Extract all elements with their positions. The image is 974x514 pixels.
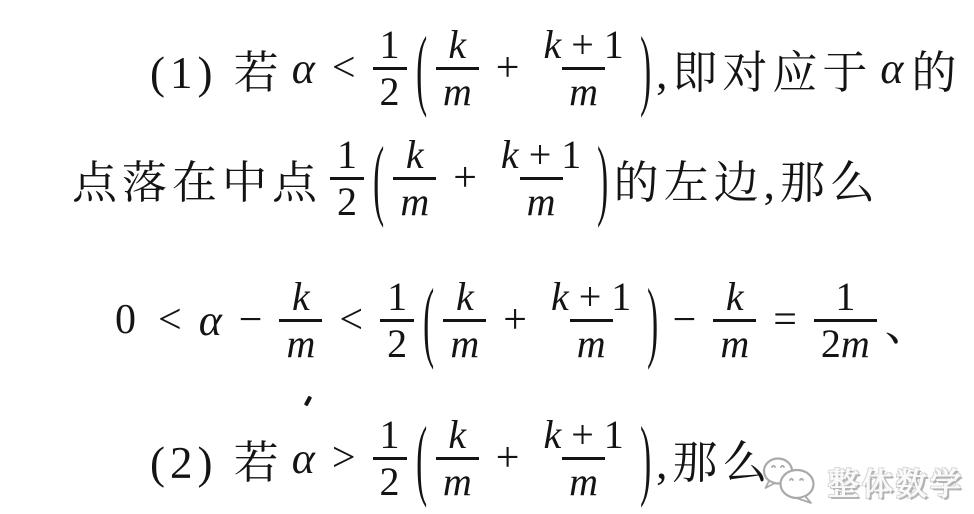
big-paren-icon: ( [423,268,434,371]
fraction-denominator: m [393,177,436,223]
math-fraction: km [393,134,436,222]
fraction-numerator: k [719,276,751,319]
big-paren-icon: ( [416,406,427,509]
big-paren-icon: ) [640,406,651,509]
fraction-denominator: 2m [814,319,877,365]
math-fraction: k + 1m [536,414,630,502]
cjk-text: ,即对应于 [656,36,872,101]
math-variable: α [199,295,222,346]
formula-line-2: 点落在中点12(km+k + 1m)的左边,那么 [70,122,882,234]
fraction-denominator: m [436,67,479,113]
cjk-text: (1) 若 [150,36,284,101]
math-operator: − [239,296,263,344]
math-fraction: 12 [330,134,364,222]
math-fraction: 12m [814,276,877,364]
fraction-numerator: 1 [828,276,862,319]
fraction-numerator: k [285,276,317,319]
math-operator: > [332,434,356,482]
math-fraction: km [279,276,322,364]
math-fraction: km [436,414,479,502]
math-variable: α [292,433,315,484]
fraction-denominator: m [443,319,486,365]
fraction-denominator: 2 [373,457,407,503]
math-operator: = [773,296,797,344]
fraction-numerator: k [441,24,473,67]
fraction-denominator: m [713,319,756,365]
wechat-logo-icon [761,456,819,506]
math-fraction: km [443,276,486,364]
fraction-numerator: 1 [330,134,364,177]
math-operator: + [496,434,520,482]
cjk-text: (2) 若 [150,426,284,491]
fraction-denominator: m [436,457,479,503]
watermark-label: 整体数学 [828,459,964,504]
fraction-numerator: k [449,276,481,319]
math-operator: + [496,44,520,92]
math-fraction: k + 1m [494,134,588,222]
cjk-text: 的左边,那么 [614,146,880,211]
math-operator: 0 [115,296,136,344]
math-operator: + [503,296,527,344]
fraction-denominator: 2 [330,177,364,223]
math-operator: < [339,296,363,344]
fraction-denominator: m [279,319,322,365]
watermark: 整体数学 [761,456,964,506]
cjk-text: ,那么 [656,426,772,491]
math-fraction: k + 1m [536,24,630,112]
fraction-numerator: k [441,414,473,457]
math-variable: α [880,43,903,94]
math-fraction: k + 1m [544,276,638,364]
scanned-math-page: { "page": { "background": "#ffffff", "in… [0,0,974,514]
math-variable: α [292,43,315,94]
fraction-numerator: k + 1 [494,134,588,177]
math-operator: < [332,44,356,92]
fraction-numerator: k + 1 [536,24,630,67]
formula-line-4: (2) 若α>12(km+k + 1m),那么 [148,402,774,514]
big-paren-icon: ) [597,126,608,229]
formula-line-1: (1) 若α<12(km+k + 1m),即对应于α的 [148,12,963,124]
big-paren-icon: ) [640,16,651,119]
math-operator: − [673,296,697,344]
math-operator: < [158,296,182,344]
fraction-denominator: m [562,457,605,503]
fraction-denominator: 2 [380,319,414,365]
big-paren-icon: ( [416,16,427,119]
big-paren-icon: ) [647,268,658,371]
math-fraction: 12 [373,414,407,502]
math-fraction: 12 [380,276,414,364]
fraction-denominator: m [562,67,605,113]
fraction-numerator: k [399,134,431,177]
fraction-denominator: 2 [373,67,407,113]
math-fraction: 12 [373,24,407,112]
fraction-numerator: k + 1 [536,414,630,457]
cjk-text: 、 [885,288,935,353]
fraction-denominator: m [520,177,563,223]
math-fraction: km [713,276,756,364]
cjk-text: 点落在中点 [72,146,322,211]
cjk-text: 的 [911,36,961,101]
fraction-numerator: 1 [373,24,407,67]
fraction-denominator: m [570,319,613,365]
fraction-numerator: 1 [373,414,407,457]
big-paren-icon: ( [373,126,384,229]
math-fraction: km [436,24,479,112]
fraction-numerator: 1 [380,276,414,319]
fraction-numerator: k + 1 [544,276,638,319]
math-operator: + [453,154,477,202]
formula-line-3: 0<α−km<12(km+k + 1m)−km=12m、 [104,264,937,376]
